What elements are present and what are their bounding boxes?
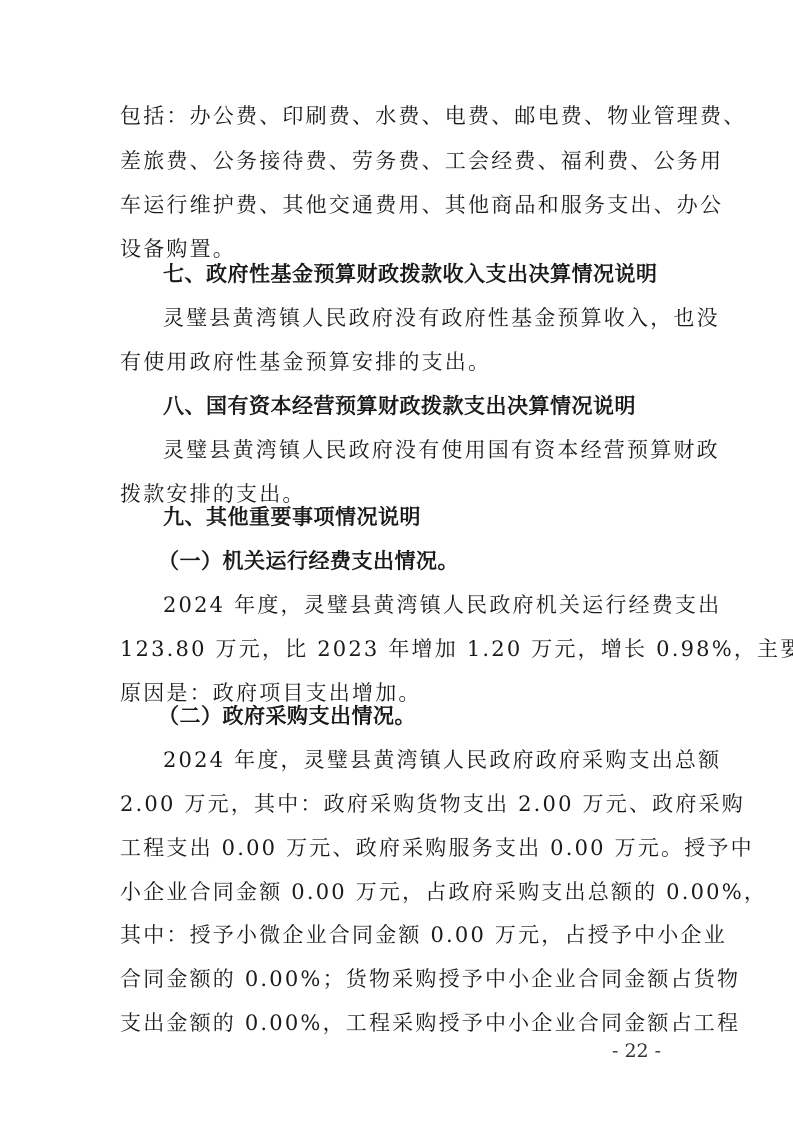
body-text-line: 123.80 万元，比 2023 年增加 1.20 万元，增长 0.98%，主要 [120, 630, 680, 668]
body-text-line: 合同金额的 0.00%；货物采购授予中小企业合同金额占货物 [120, 960, 680, 998]
document-page: 包括：办公费、印刷费、水费、电费、邮电费、物业管理费、 差旅费、公务接待费、劳务… [0, 0, 793, 1122]
body-text-line: 包括：办公费、印刷费、水费、电费、邮电费、物业管理费、 [120, 97, 680, 135]
page-number: - 22 - [612, 1040, 661, 1062]
section-heading-9: 九、其他重要事项情况说明 [163, 498, 723, 536]
body-text-line: 2024 年度，灵璧县黄湾镇人民政府政府采购支出总额 [163, 741, 723, 779]
body-text-line: 工程支出 0.00 万元、政府采购服务支出 0.00 万元。授予中 [120, 829, 680, 867]
body-text-line: 其中：授予小微企业合同金额 0.00 万元，占授予中小企业 [120, 916, 680, 954]
body-text-line: 2024 年度，灵璧县黄湾镇人民政府机关运行经费支出 [163, 586, 723, 624]
section-heading-7: 七、政府性基金预算财政拨款收入支出决算情况说明 [163, 255, 723, 293]
body-text-line: 灵璧县黄湾镇人民政府没有政府性基金预算收入，也没 [163, 299, 723, 337]
subsection-heading-1: （一）机关运行经费支出情况。 [158, 542, 718, 580]
body-text-line: 2.00 万元，其中：政府采购货物支出 2.00 万元、政府采购 [120, 785, 680, 823]
body-text-line: 支出金额的 0.00%，工程采购授予中小企业合同金额占工程 [120, 1004, 680, 1042]
body-text-line: 灵璧县黄湾镇人民政府没有使用国有资本经营预算财政 [163, 431, 723, 469]
body-text-line: 小企业合同金额 0.00 万元，占政府采购支出总额的 0.00%， [120, 873, 680, 911]
body-text-line: 车运行维护费、其他交通费用、其他商品和服务支出、办公 [120, 186, 680, 224]
body-text-line: 差旅费、公务接待费、劳务费、工会经费、福利费、公务用 [120, 142, 680, 180]
body-text-line: 有使用政府性基金预算安排的支出。 [120, 343, 680, 381]
section-heading-8: 八、国有资本经营预算财政拨款支出决算情况说明 [163, 387, 723, 425]
subsection-heading-2: （二）政府采购支出情况。 [158, 697, 718, 735]
